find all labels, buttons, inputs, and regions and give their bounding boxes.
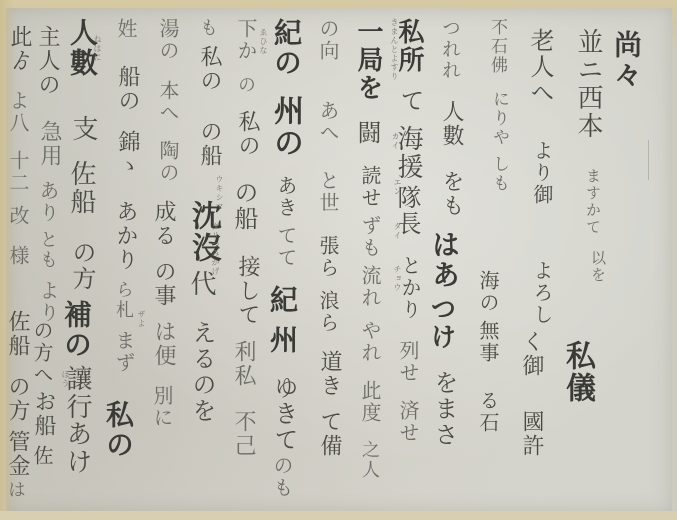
calligraphy-segment: お船 <box>32 390 54 438</box>
calligraphy-segment: 船の <box>116 65 138 113</box>
calligraphy-segment: 改 <box>8 205 28 227</box>
calligraphy-segment: ら札 <box>114 280 132 320</box>
calligraphy-segment: よろし <box>532 260 552 326</box>
calligraphy-segment: 以を <box>590 250 605 284</box>
furigana-note: ねはに <box>92 35 103 62</box>
calligraphy-segment: の船 <box>198 120 220 168</box>
furigana-note: ウキシマ <box>214 175 225 211</box>
calligraphy-segment: 湯の <box>158 18 178 62</box>
calligraphy-segment: の船 <box>232 180 256 232</box>
calligraphy-segment: 下か <box>236 18 256 62</box>
calligraphy-segment: 不石佛 <box>488 18 505 75</box>
calligraphy-segment: 佐 <box>32 445 52 467</box>
calligraphy-segment: 老人へ <box>528 28 552 106</box>
calligraphy-segment: は <box>6 480 24 500</box>
calligraphy-segment: よ八 <box>8 90 28 134</box>
furigana-note: ザよ <box>136 310 147 328</box>
calligraphy-segment: ゆきて <box>272 375 296 453</box>
calligraphy-segment: とも <box>38 230 56 270</box>
calligraphy-segment: つれれ <box>440 18 459 81</box>
furigana-note: ゑひな <box>258 28 269 55</box>
calligraphy-segment: 列せ <box>398 340 418 384</box>
calligraphy-segment: 十二 <box>8 150 28 194</box>
calligraphy-segment: て備 <box>318 410 340 458</box>
calligraphy-segment: 此度 <box>360 380 380 424</box>
calligraphy-segment: く御 <box>520 330 542 378</box>
calligraphy-segment: つけ <box>428 295 454 351</box>
calligraphy-segment: の方 <box>70 240 94 292</box>
calligraphy-segment: 本へ <box>158 80 178 124</box>
calligraphy-segment: より御 <box>532 140 552 206</box>
calligraphy-segment: 道き <box>318 350 340 398</box>
calligraphy-segment: ますかて <box>585 168 600 236</box>
calligraphy-segment: は便 <box>152 320 174 368</box>
calligraphy-segment: 尚々 <box>612 30 640 90</box>
calligraphy-segment: 管金 <box>6 430 28 478</box>
calligraphy-segment: 流れ <box>360 265 380 309</box>
calligraphy-segment: 主人の <box>36 25 58 97</box>
calligraphy-segment: 読せ <box>360 165 380 209</box>
calligraphy-segment: 支 <box>70 115 96 143</box>
paper-crease <box>648 140 649 180</box>
calligraphy-segment: 済せ <box>398 400 418 444</box>
calligraphy-segment: 急用 <box>38 120 60 168</box>
calligraphy-segment: 私儀 <box>562 340 592 404</box>
calligraphy-segment: にりや <box>490 90 507 147</box>
calligraphy-segment: 私の <box>104 400 132 460</box>
calligraphy-segment: 州 <box>268 325 296 355</box>
calligraphy-segment: 州の <box>270 95 300 159</box>
calligraphy-segment: 不己 <box>232 410 254 458</box>
calligraphy-segment: えるのを <box>190 320 214 424</box>
calligraphy-segment: 浪ら <box>318 290 338 334</box>
calligraphy-segment: てて <box>276 225 296 269</box>
calligraphy-segment: 一局を <box>355 18 381 102</box>
calligraphy-segment: 私の <box>198 45 220 93</box>
bottom-border <box>0 511 677 520</box>
calligraphy-segment: 並ニ西本 <box>575 28 601 140</box>
calligraphy-segment: 紀 <box>268 285 296 315</box>
calligraphy-segment: あかり <box>114 200 136 272</box>
calligraphy-segment: る石 <box>478 390 498 434</box>
calligraphy-segment: も <box>198 18 216 38</box>
calligraphy-segment: 成る <box>152 200 174 248</box>
calligraphy-segment: 姓 <box>116 18 136 40</box>
calligraphy-segment: 様 <box>8 245 28 267</box>
calligraphy-segment: て <box>398 88 422 114</box>
calligraphy-segment: 佐船 <box>68 160 94 216</box>
calligraphy-segment: あへ <box>318 100 338 144</box>
calligraphy-segment: 利私 <box>232 340 254 388</box>
calligraphy-segment: ずも <box>360 215 380 259</box>
calligraphy-segment: あけ <box>64 420 90 476</box>
calligraphy-segment: 國許 <box>520 410 542 458</box>
calligraphy-segment: をも <box>440 170 462 218</box>
calligraphy-segment: の方へ <box>32 320 52 386</box>
photo-frame: 尚々並ニ西本ますかて以を私儀老人へより御よろしく御國許不石佛にりやしも海の無事る… <box>0 0 677 520</box>
calligraphy-segment: しも <box>490 155 507 193</box>
calligraphy-segment: 佐船 <box>6 310 28 358</box>
calligraphy-segment: 闘 <box>355 120 379 146</box>
calligraphy-segment: 紀の <box>272 18 300 78</box>
calligraphy-segment: 錦ゝ <box>116 130 138 178</box>
calligraphy-segment: やれ <box>360 320 380 364</box>
calligraphy-segment: 接して <box>236 255 258 327</box>
calligraphy-segment: 別に <box>152 385 172 429</box>
calligraphy-segment: 人數 <box>440 100 462 148</box>
calligraphy-segment: とかり <box>400 255 420 321</box>
calligraphy-segment: より <box>38 280 58 324</box>
furigana-note: チョウ <box>392 265 403 292</box>
furigana-note: ダリつみかげ <box>210 222 221 276</box>
furigana-note: きまんとよすり <box>389 18 400 81</box>
furigana-note: カイ <box>390 132 401 150</box>
calligraphy-segment: の方 <box>6 375 28 423</box>
calligraphy-segment: のも <box>272 455 292 499</box>
furigana-note: ほう <box>60 370 71 388</box>
calligraphy-segment: あき <box>276 175 296 219</box>
calligraphy-segment: 陶の <box>158 140 178 184</box>
calligraphy-segment: 此ゟ <box>8 25 30 73</box>
furigana-note: エン <box>392 178 403 196</box>
calligraphy-segment: あり <box>38 180 58 224</box>
calligraphy-segment: 之人 <box>360 440 378 480</box>
furigana-note: タイ <box>392 222 403 240</box>
calligraphy-segment: と世 <box>318 170 338 214</box>
calligraphy-segment: 海の <box>478 270 498 314</box>
calligraphy-segment: の <box>236 75 254 95</box>
calligraphy-segment: 張ら <box>318 235 338 279</box>
calligraphy-segment: 無事 <box>478 320 498 364</box>
calligraphy-segment: はあ <box>430 230 458 290</box>
calligraphy-segment: 補の <box>62 300 90 360</box>
calligraphy-segment: の向 <box>318 18 338 62</box>
calligraphy-segment: の事 <box>152 260 174 308</box>
calligraphy-segment: まず <box>114 330 134 374</box>
calligraphy-segment: をまさ <box>432 370 456 448</box>
calligraphy-segment: 私の <box>236 110 258 158</box>
